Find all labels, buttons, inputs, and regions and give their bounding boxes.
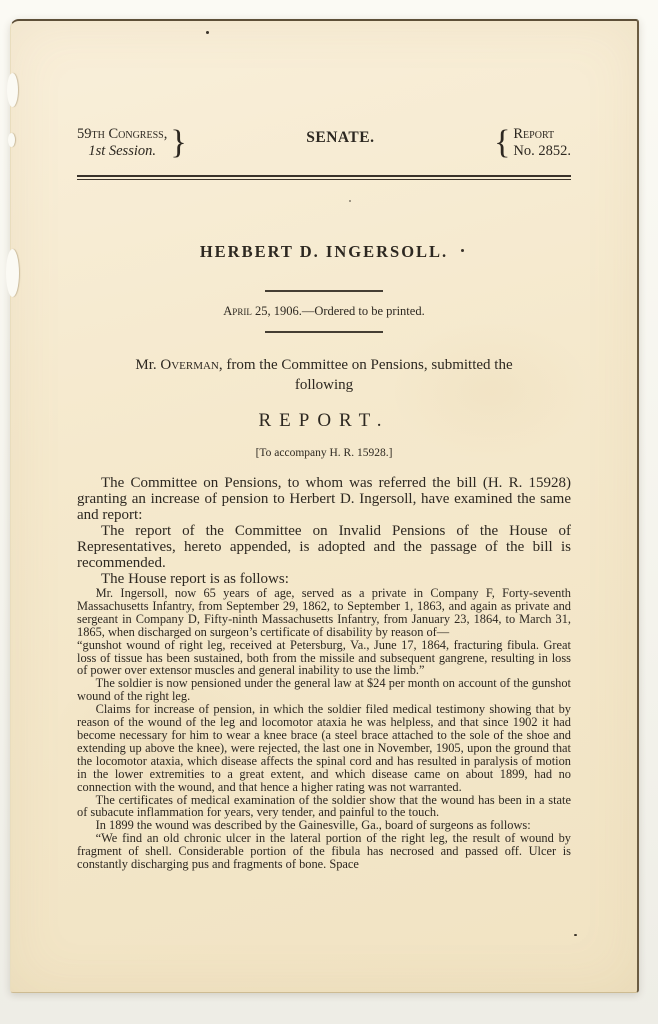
paper-tear — [6, 249, 19, 297]
chamber-title: SENATE. — [306, 126, 374, 147]
congress-line: 59th Congress, — [77, 126, 167, 143]
document-title: HERBERT D. INGERSOLL. — [77, 242, 571, 262]
report-number-block: { Report No. 2852. — [491, 126, 571, 160]
paragraph: The report of the Committee on Invalid P… — [77, 523, 571, 571]
separator-rule — [265, 290, 383, 292]
double-rule — [77, 175, 571, 180]
paragraph: The soldier is now pensioned under the g… — [77, 677, 571, 703]
submission-prefix: Mr. — [135, 357, 160, 373]
left-brace: } — [167, 126, 189, 160]
accompany-note: [To accompany H. R. 15928.] — [77, 447, 571, 459]
submission-statement: Mr. Overman, from the Committee on Pensi… — [77, 355, 571, 395]
paper-speck — [574, 934, 577, 936]
page-content: 59th Congress, 1st Session. } SENATE. { … — [77, 126, 571, 871]
submission-rest: , from the Committee on Pensions, submit… — [219, 357, 513, 373]
committee-report-body: The Committee on Pensions, to whom was r… — [77, 475, 571, 587]
submission-line2: following — [77, 375, 571, 395]
paragraph: The Committee on Pensions, to whom was r… — [77, 475, 571, 523]
report-number: No. 2852. — [513, 143, 571, 160]
congress-session-block: 59th Congress, 1st Session. } — [77, 126, 190, 160]
paragraph-quote: “gunshot wound of right leg, received at… — [77, 639, 571, 678]
paper-tear — [8, 133, 15, 147]
submission-line1: Mr. Overman, from the Committee on Pensi… — [77, 355, 571, 375]
paragraph-quote: “We find an old chronic ulcer in the lat… — [77, 832, 571, 871]
paper-speck — [206, 31, 209, 34]
report-heading: REPORT. — [77, 410, 571, 432]
separator-rule — [265, 331, 383, 333]
date-month: April — [223, 304, 252, 318]
paragraph: The House report is as follows: — [77, 571, 571, 587]
right-brace: { — [491, 126, 513, 160]
house-report-body: Mr. Ingersoll, now 65 years of age, serv… — [77, 587, 571, 871]
submitter-name: Overman — [160, 357, 219, 373]
paragraph: The certificates of medical examination … — [77, 794, 571, 820]
document-page: 59th Congress, 1st Session. } SENATE. { … — [10, 19, 639, 993]
report-label: Report — [513, 126, 571, 143]
date-line: April 25, 1906.—Ordered to be printed. — [77, 304, 571, 319]
date-rest: 25, 1906.—Ordered to be printed. — [252, 304, 425, 318]
paragraph: Mr. Ingersoll, now 65 years of age, serv… — [77, 587, 571, 639]
session-line: 1st Session. — [77, 143, 167, 160]
masthead: 59th Congress, 1st Session. } SENATE. { … — [77, 126, 571, 170]
paragraph: Claims for increase of pension, in which… — [77, 703, 571, 793]
paper-tear — [7, 73, 18, 107]
